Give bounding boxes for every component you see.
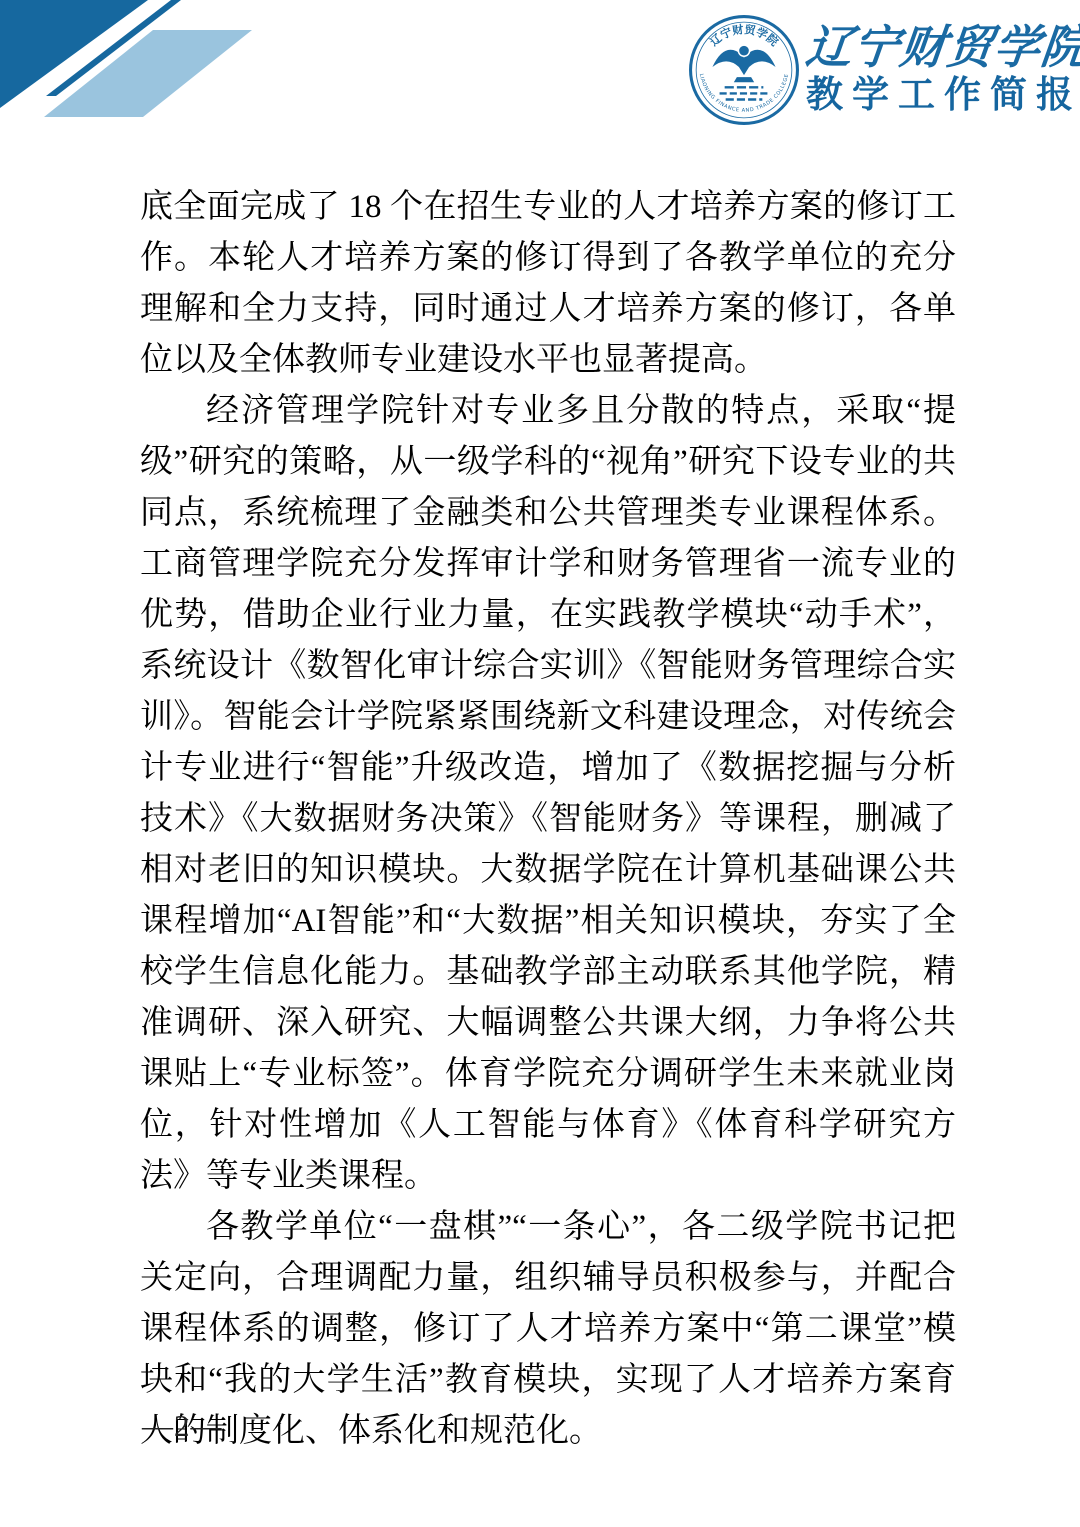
header-stripes-decoration <box>0 0 260 120</box>
college-name-calligraphy: 辽宁财贸学院 <box>803 22 1080 72</box>
college-emblem-icon: 辽宁财贸学院 LIAONING FINANCE AND TRADE COLLEG… <box>688 14 800 126</box>
header-brand: 辽宁财贸学院 LIAONING FINANCE AND TRADE COLLEG… <box>688 12 1068 127</box>
bulletin-title: 教学工作简报 <box>806 72 1080 118</box>
paragraph-continued: 底全面完成了 18 个在招生专业的人才培养方案的修订工作。本轮人才培养方案的修订… <box>140 182 956 386</box>
brand-text-block: 辽宁财贸学院 教学工作简报 <box>806 22 1080 118</box>
paragraph-coordination: 各教学单位“一盘棋”“一条心”，各二级学院书记把关定向，合理调配力量，组织辅导员… <box>140 1202 956 1457</box>
emblem-head-shape <box>738 45 749 56</box>
bulletin-page: 辽宁财贸学院 LIAONING FINANCE AND TRADE COLLEG… <box>0 0 1080 1527</box>
document-body: 底全面完成了 18 个在招生专业的人才培养方案的修订工作。本轮人才培养方案的修订… <box>140 182 956 1457</box>
paragraph-colleges-measures: 经济管理学院针对专业多且分散的特点，采取“提级”研究的策略，从一级学科的“视角”… <box>140 386 956 1202</box>
emblem-pedestal-shape <box>734 77 754 82</box>
page-number: —2— <box>142 1408 223 1444</box>
